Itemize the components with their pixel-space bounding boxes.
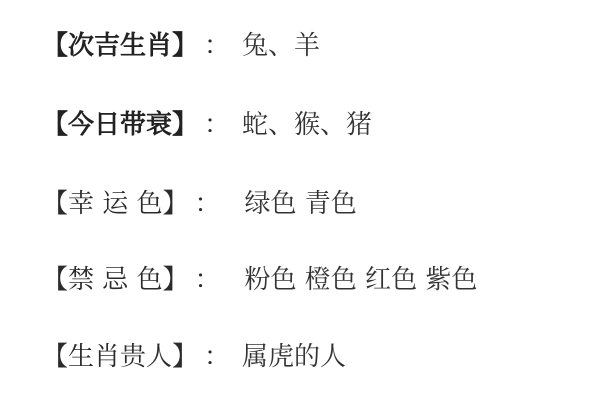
label-secondary-lucky-zodiac: 【次吉生肖】 [42,26,198,66]
label-zodiac-benefactor: 【生肖贵人】 [42,337,198,377]
value-taboo-colors: 粉色 橙色 红色 紫色 [245,260,478,300]
value-zodiac-benefactor: 属虎的人 [242,337,346,377]
value-unlucky-today: 蛇、猴、猪 [242,105,372,145]
value-lucky-colors: 绿色 青色 [245,184,357,224]
row-secondary-lucky-zodiac: 【次吉生肖】 ： 兔、羊 [42,26,320,66]
row-zodiac-benefactor: 【生肖贵人】 ： 属虎的人 [42,337,346,377]
label-unlucky-today: 【今日带衰】 [42,105,198,145]
colon-separator: ： [195,184,221,224]
label-lucky-colors: 【幸 运 色】 [42,184,189,224]
colon-separator: ： [204,26,230,66]
label-taboo-colors: 【禁 忌 色】 [42,260,189,300]
value-secondary-lucky-zodiac: 兔、羊 [242,26,320,66]
colon-separator: ： [195,260,221,300]
row-taboo-colors: 【禁 忌 色】 ： 粉色 橙色 红色 紫色 [42,260,477,300]
row-unlucky-today: 【今日带衰】 ： 蛇、猴、猪 [42,105,372,145]
colon-separator: ： [204,337,230,377]
colon-separator: ： [204,105,230,145]
row-lucky-colors: 【幸 运 色】 ： 绿色 青色 [42,184,357,224]
